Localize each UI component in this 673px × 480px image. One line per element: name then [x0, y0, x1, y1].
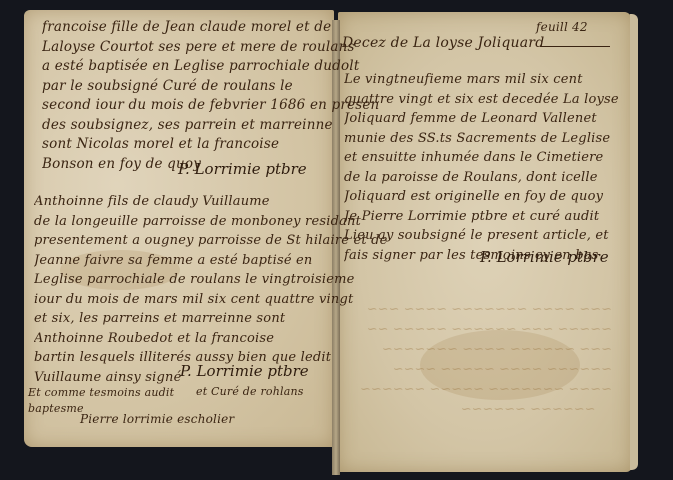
bleedthrough-text: ~~~ ~~~~ ~~~~~~~ ~~~~ ~~~ ~~~~~ ~~~ ~~~~… — [360, 300, 612, 420]
text-line: et six, les parreins et marreinne sont — [34, 309, 388, 329]
text-line: Joliquard est originelle en foy de quoy — [344, 187, 619, 207]
baptism-entry-anthoinne: Anthoinne fils de claudy Vuillaume de la… — [34, 192, 388, 387]
priest-signature: P. Lorrimie ptbre — [178, 160, 307, 178]
baptism-entry-francoise: francoise fille de Jean claude morel et … — [42, 18, 379, 174]
priest-signature: P. Lorrimie ptbre — [480, 248, 609, 266]
text-line: munie des SS.ts Sacrements de Leglise — [344, 129, 619, 149]
text-line: Anthoinne Roubedot et la francoise — [34, 329, 388, 349]
text-line: de la longeuille parroisse de monboney r… — [34, 212, 388, 232]
text-line: par le soubsigné Curé de roulans le — [42, 77, 379, 97]
text-line: Jeanne faivre sa femme a esté baptisé en — [34, 251, 388, 271]
text-line: Et comme tesmoins audit — [28, 385, 174, 401]
burial-heading: Decez de La loyse Joliquard — [342, 34, 544, 53]
text-line: second iour du mois de febvrier 1686 en … — [42, 96, 379, 116]
text-line: francoise fille de Jean claude morel et … — [42, 18, 379, 38]
text-line: sont Nicolas morel et la francoise — [42, 135, 379, 155]
priest-signature: P. Lorrimie ptbre — [180, 362, 309, 380]
text-line: Leglise parrochiale de roulans le vingtr… — [34, 270, 388, 290]
text-line: Le vingtneufieme mars mil six cent — [344, 70, 619, 90]
priest-title: et Curé de rohlans — [196, 382, 304, 401]
text-line: iour du mois de mars mil six cent quattr… — [34, 290, 388, 310]
text-line: a esté baptisée en Leglise parrochiale d… — [42, 57, 379, 77]
page-edge-fold — [630, 14, 638, 470]
text-line: quattre vingt et six est decedée La loys… — [344, 90, 619, 110]
text-line: Lieu ay soubsigné le present article, et — [344, 226, 619, 246]
text-line: de la paroisse de Roulans, dont icelle — [344, 168, 619, 188]
text-line: Joliquard femme de Leonard Vallenet — [344, 109, 619, 129]
witness-signature: Pierre lorrimie escholier — [80, 410, 234, 429]
text-line: Anthoinne fils de claudy Vuillaume — [34, 192, 388, 212]
burial-entry-joliquard: Le vingtneufieme mars mil six cent quatt… — [344, 70, 619, 265]
text-line: presentement a ougney parroisse de St hi… — [34, 231, 388, 251]
text-line: et ensuitte inhumée dans le Cimetiere — [344, 148, 619, 168]
text-line: Je Pierre Lorrimie ptbre et curé audit — [344, 207, 619, 227]
text-line: des soubsignez, ses parrein et marreinne — [42, 116, 379, 136]
heading-rule — [540, 46, 610, 47]
text-line: Laloyse Courtot ses pere et mere de roul… — [42, 38, 379, 58]
